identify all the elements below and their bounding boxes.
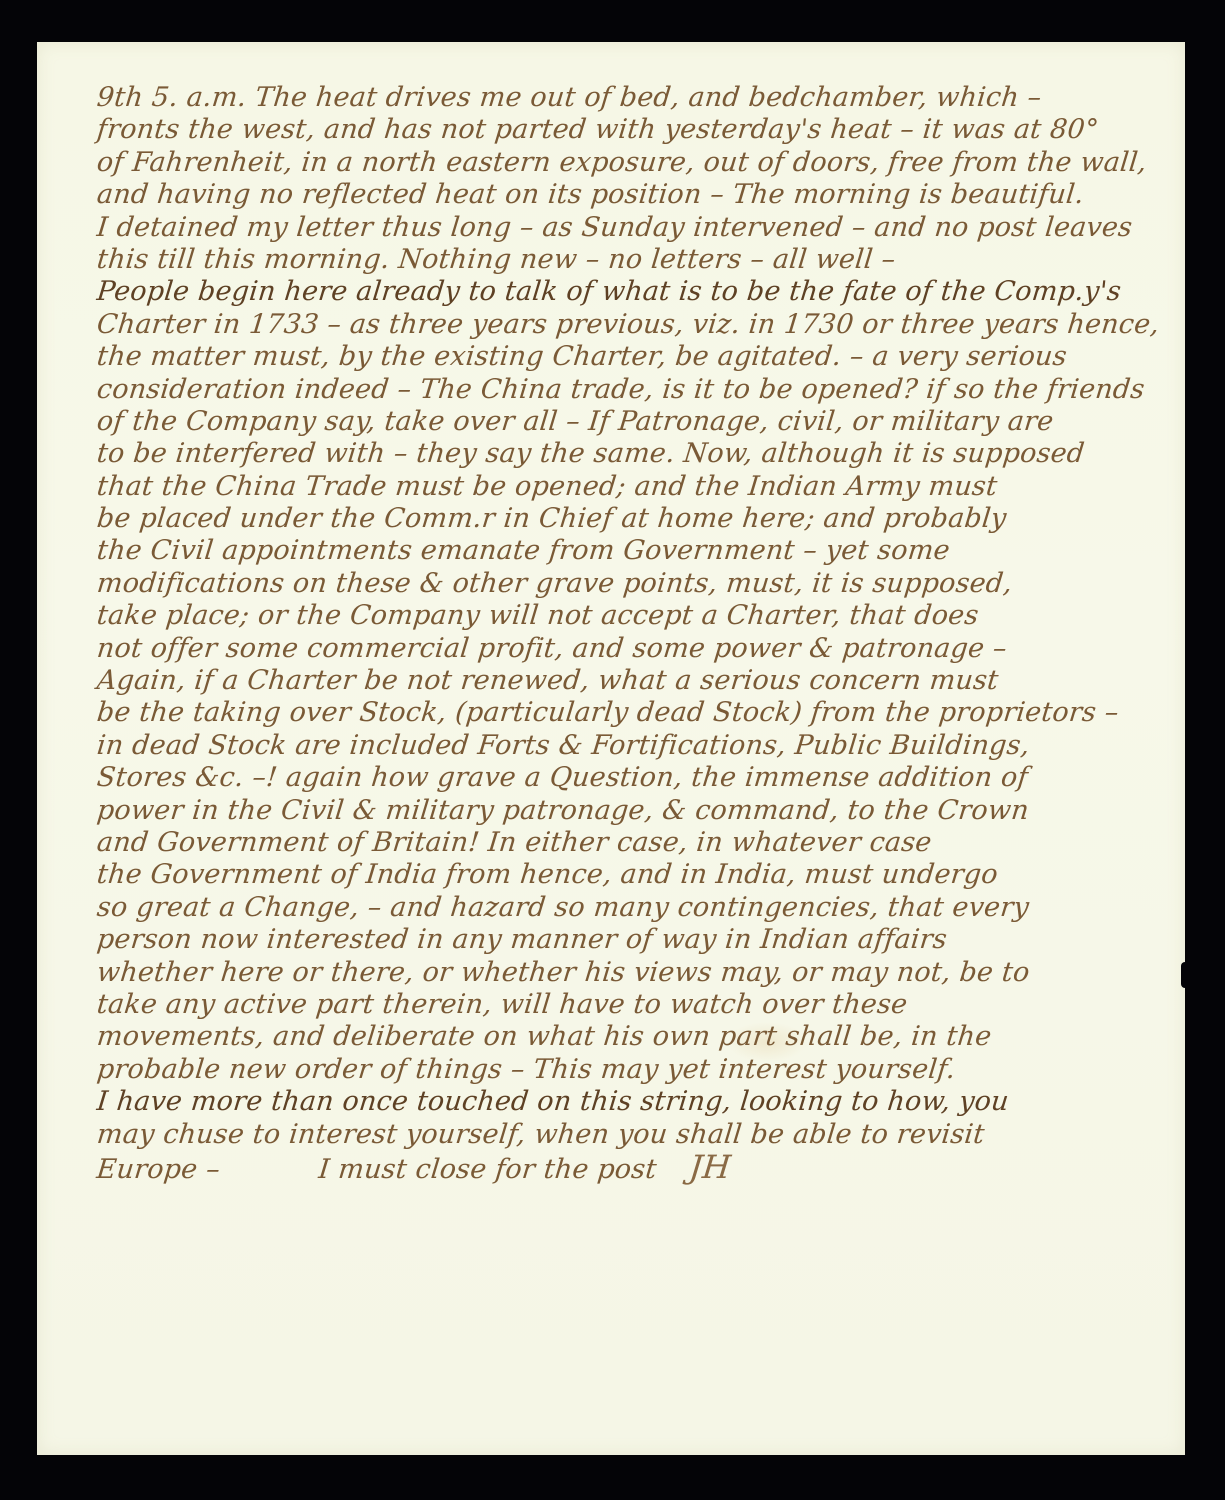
letter-line: the matter must, by the existing Charter… bbox=[95, 341, 1198, 373]
scanned-document: 9th 5. a.m. The heat drives me out of be… bbox=[0, 0, 1225, 1500]
letter-line: that the China Trade must be opened; and… bbox=[95, 471, 1198, 503]
letter-line: 9th 5. a.m. The heat drives me out of be… bbox=[95, 82, 1198, 114]
letter-closing-line: Europe – I must close for the post JH bbox=[95, 1151, 1198, 1183]
letter-line: Charter in 1733 – as three years previou… bbox=[95, 309, 1198, 341]
final-word: Europe – bbox=[95, 1154, 221, 1185]
letter-line: the Civil appointments emanate from Gove… bbox=[95, 535, 1198, 567]
letter-line: probable new order of things – This may … bbox=[95, 1054, 1198, 1086]
letter-line: of Fahrenheit, in a north eastern exposu… bbox=[95, 147, 1198, 179]
letter-line: may chuse to interest yourself, when you… bbox=[95, 1119, 1198, 1151]
letter-line: so great a Change, – and hazard so many … bbox=[95, 892, 1198, 924]
letter-line: I have more than once touched on this st… bbox=[95, 1086, 1198, 1118]
letter-line: power in the Civil & military patronage,… bbox=[95, 795, 1198, 827]
letter-line: I detained my letter thus long – as Sund… bbox=[95, 212, 1198, 244]
letter-line: this till this morning. Nothing new – no… bbox=[95, 244, 1198, 276]
letter-line: not offer some commercial profit, and so… bbox=[95, 633, 1198, 665]
letter-line: consideration indeed – The China trade, … bbox=[95, 374, 1198, 406]
letter-line: be placed under the Comm.r in Chief at h… bbox=[95, 503, 1198, 535]
letter-line: take any active part therein, will have … bbox=[95, 989, 1198, 1021]
signature: JH bbox=[688, 1151, 733, 1183]
letter-line: and Government of Britain! In either cas… bbox=[95, 827, 1198, 859]
letter-line: person now interested in any manner of w… bbox=[95, 924, 1198, 956]
letter-page: 9th 5. a.m. The heat drives me out of be… bbox=[37, 42, 1185, 1455]
letter-line: in dead Stock are included Forts & Forti… bbox=[95, 730, 1198, 762]
letter-body: 9th 5. a.m. The heat drives me out of be… bbox=[97, 82, 1197, 1183]
letter-line: movements, and deliberate on what his ow… bbox=[95, 1021, 1198, 1053]
letter-line: Stores &c. –! again how grave a Question… bbox=[95, 762, 1198, 794]
letter-line: People begin here already to talk of wha… bbox=[95, 276, 1198, 308]
letter-line: Again, if a Charter be not renewed, what… bbox=[95, 665, 1198, 697]
letter-line: whether here or there, or whether his vi… bbox=[95, 957, 1198, 989]
letter-line: take place; or the Company will not acce… bbox=[95, 600, 1198, 632]
letter-line: and having no reflected heat on its posi… bbox=[95, 179, 1198, 211]
letter-line: modifications on these & other grave poi… bbox=[95, 568, 1198, 600]
letter-line: fronts the west, and has not parted with… bbox=[95, 114, 1198, 146]
letter-line: be the taking over Stock, (particularly … bbox=[95, 697, 1198, 729]
letter-line: the Government of India from hence, and … bbox=[95, 859, 1198, 891]
letter-line: to be interfered with – they say the sam… bbox=[95, 438, 1198, 470]
closing-remark: I must close for the post bbox=[317, 1154, 658, 1186]
letter-line: of the Company say, take over all – If P… bbox=[95, 406, 1198, 438]
